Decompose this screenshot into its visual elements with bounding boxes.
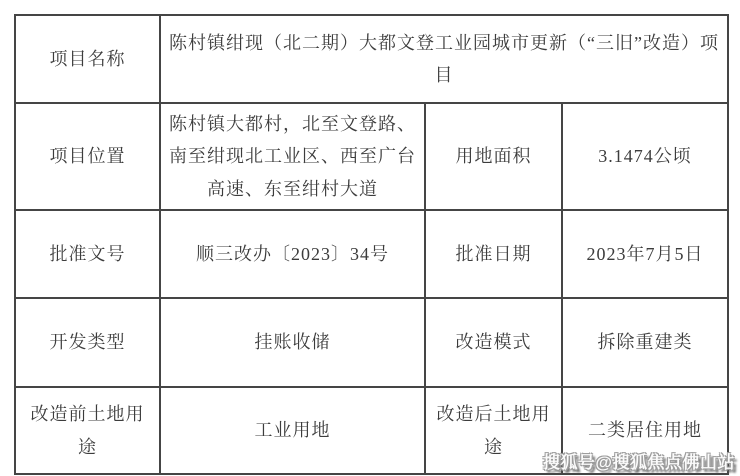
cell-label-development-type: 开发类型 — [15, 298, 160, 387]
cell-label-approval-date: 批准日期 — [425, 210, 562, 298]
cell-label-land-use-after: 改造后土地用途 — [425, 387, 562, 474]
page: 项目名称 陈村镇绀现（北二期）大都文登工业园城市更新（“三旧”改造）项目 项目位… — [0, 0, 740, 476]
sohu-watermark: 搜狐号@搜狐焦点佛山站 — [543, 448, 735, 473]
cell-value-land-area: 3.1474公顷 — [562, 103, 728, 210]
cell-value-renewal-mode: 拆除重建类 — [562, 298, 728, 387]
table-row: 批准文号 顺三改办〔2023〕34号 批准日期 2023年7月5日 — [15, 210, 728, 298]
table-row: 项目位置 陈村镇大都村，北至文登路、南至绀现北工业区、西至广台高速、东至绀村大道… — [15, 103, 728, 210]
cell-value-development-type: 挂账收储 — [160, 298, 425, 387]
cell-value-land-use-before: 工业用地 — [160, 387, 425, 474]
cell-value-project-location: 陈村镇大都村，北至文登路、南至绀现北工业区、西至广台高速、东至绀村大道 — [160, 103, 425, 210]
cell-label-renewal-mode: 改造模式 — [425, 298, 562, 387]
cell-label-land-use-before: 改造前土地用途 — [15, 387, 160, 474]
cell-label-approval-number: 批准文号 — [15, 210, 160, 298]
cell-value-approval-number: 顺三改办〔2023〕34号 — [160, 210, 425, 298]
cell-value-project-name: 陈村镇绀现（北二期）大都文登工业园城市更新（“三旧”改造）项目 — [160, 15, 728, 103]
cell-label-land-area: 用地面积 — [425, 103, 562, 210]
cell-label-project-name: 项目名称 — [15, 15, 160, 103]
table-row: 开发类型 挂账收储 改造模式 拆除重建类 — [15, 298, 728, 387]
cell-label-project-location: 项目位置 — [15, 103, 160, 210]
table-row: 项目名称 陈村镇绀现（北二期）大都文登工业园城市更新（“三旧”改造）项目 — [15, 15, 728, 103]
cell-value-approval-date: 2023年7月5日 — [562, 210, 728, 298]
project-info-table: 项目名称 陈村镇绀现（北二期）大都文登工业园城市更新（“三旧”改造）项目 项目位… — [14, 14, 729, 475]
